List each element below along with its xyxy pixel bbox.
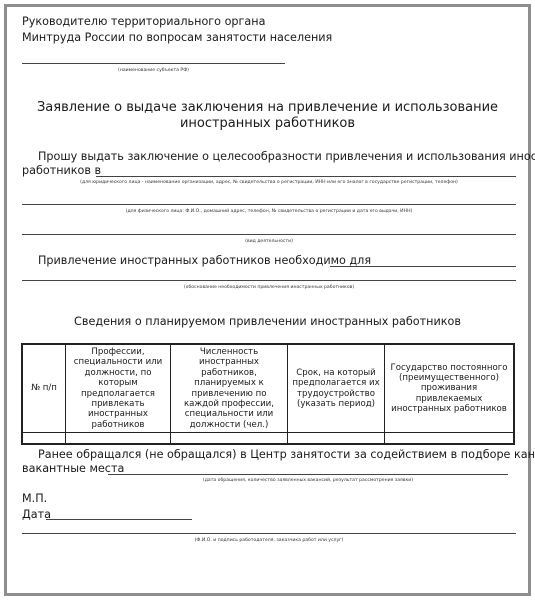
activity-blank-field[interactable] bbox=[22, 234, 516, 235]
document-title-line-2: иностранных работников bbox=[0, 116, 535, 132]
document-frame bbox=[4, 4, 531, 596]
column-count: Численность иностранных работников, план… bbox=[171, 344, 288, 433]
legal-entity-caption: (для юридического лица - наименование ор… bbox=[22, 180, 516, 186]
subject-caption: (наименование субъекта РФ) bbox=[22, 68, 285, 74]
employer-blank-field[interactable] bbox=[96, 176, 516, 177]
table-heading: Сведения о планируемом привлечении иност… bbox=[0, 314, 535, 330]
request-text-line-1: Прошу выдать заключение о целесообразнос… bbox=[38, 150, 535, 164]
table-row bbox=[22, 433, 514, 445]
column-profession: Профессии, специальности или должности, … bbox=[66, 344, 171, 433]
previous-text-line-1: Ранее обращался (не обращался) в Центр з… bbox=[38, 448, 535, 462]
column-number: № п/п bbox=[22, 344, 66, 433]
document-title-line-1: Заявление о выдаче заключения на привлеч… bbox=[0, 100, 535, 116]
cell-number[interactable] bbox=[22, 433, 66, 445]
previous-blank-field[interactable] bbox=[108, 474, 508, 475]
necessity-caption: (обоснование необходимости привлечения и… bbox=[22, 285, 516, 291]
signature-caption: (Ф.И.О. и подпись работодателя, заказчик… bbox=[22, 538, 516, 544]
date-blank-field[interactable] bbox=[46, 519, 192, 520]
signature-blank-field[interactable] bbox=[22, 533, 516, 534]
previous-caption: (дата обращения, количество заявленных в… bbox=[108, 478, 508, 484]
addressee-line-2: Минтруда России по вопросам занятости на… bbox=[22, 31, 332, 45]
activity-caption: (вид деятельности) bbox=[22, 239, 516, 245]
cell-profession[interactable] bbox=[66, 433, 171, 445]
individual-caption: (для физического лица: Ф.И.О., домашний … bbox=[22, 209, 516, 215]
request-text-line-2: работников в bbox=[22, 164, 101, 178]
subject-blank-field[interactable] bbox=[22, 63, 285, 64]
workers-table: № п/п Профессии, специальности или должн… bbox=[21, 343, 515, 445]
column-country: Государство постоянного (преимущественно… bbox=[385, 344, 515, 433]
necessity-blank-field[interactable] bbox=[22, 280, 516, 281]
cell-period[interactable] bbox=[288, 433, 385, 445]
column-period: Срок, на который предполагается их трудо… bbox=[288, 344, 385, 433]
necessity-text: Привлечение иностранных работников необх… bbox=[38, 254, 371, 268]
stamp-label: М.П. bbox=[22, 492, 47, 506]
cell-country[interactable] bbox=[385, 433, 515, 445]
individual-blank-field[interactable] bbox=[22, 204, 516, 205]
addressee-line-1: Руководителю территориального органа bbox=[22, 15, 265, 29]
table-header-row: № п/п Профессии, специальности или должн… bbox=[22, 344, 514, 433]
necessity-blank-field-inline[interactable] bbox=[330, 266, 516, 267]
cell-count[interactable] bbox=[171, 433, 288, 445]
